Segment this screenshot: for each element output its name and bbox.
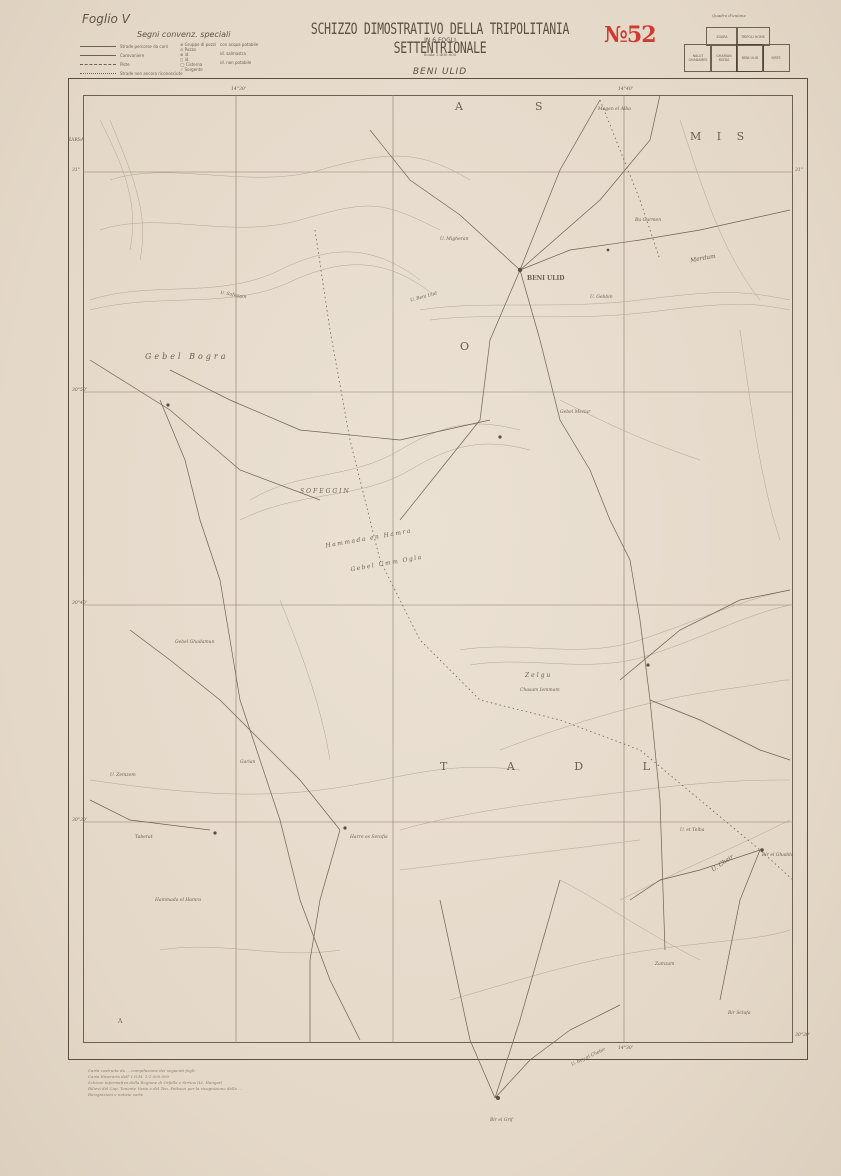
coord-bottom: 14°30' (618, 1046, 633, 1051)
coord-left-1: 31° (72, 168, 80, 173)
label-beni-ulid: BENI ULID (527, 275, 565, 282)
label-region-a: A (455, 100, 469, 113)
label-region-s: S (535, 100, 549, 113)
coord-right-1: 31° (795, 168, 803, 173)
label-gebel-msciar: Gebel Msciar (560, 410, 590, 415)
label-region-o: O (460, 340, 475, 353)
coord-left-3: 30°40' (72, 601, 87, 606)
label-magen-el-alba: Magen el Alba (598, 107, 631, 112)
label-ued-et-telba: U. et Telba (680, 828, 704, 833)
label-bir-sclufa: Bir Sclufa (728, 1011, 751, 1016)
label-region-corner: A (118, 1018, 122, 1025)
label-ued-gebbin: U. Gebbin (590, 295, 613, 300)
label-taberat: Taberat (135, 835, 153, 840)
routes (90, 95, 790, 1098)
label-ued-migheran: U. Migheran (440, 237, 468, 242)
coord-left-2: 30°50' (72, 388, 87, 393)
coord-left-4: 30°30' (72, 818, 87, 823)
label-gebel-ghadamun: Gebel Ghadamun (175, 640, 214, 645)
label-bu-gurmen: Bu Gurmen (635, 218, 661, 223)
settlement-markers (166, 249, 763, 1100)
terrain-contours (90, 120, 790, 1000)
label-mis-region: M I S (690, 130, 750, 143)
label-bir-el-ghadda: Bir el Ghadda (762, 853, 793, 858)
label-zarsa: ZARSA (68, 138, 84, 143)
label-sofeggin: SOFEGGIN (300, 488, 351, 495)
label-zelgu: Zelgu (525, 672, 552, 679)
label-gebel-bogra: Gebel Bogra (145, 352, 229, 361)
label-zamzam: Zamzam (655, 962, 674, 967)
label-tadl-region: T A D L (440, 760, 678, 773)
label-chasam-iemmam: Chasam Iemmam (520, 688, 560, 693)
label-harre-es-serafia: Harre es Serafia (350, 835, 388, 840)
label-hammada-el-hamra: Hammada el Hamra (155, 898, 201, 903)
source-notes: Carta costruita da ... compilazione dei … (88, 1068, 242, 1098)
coord-top-right: 14°40' (618, 87, 633, 92)
coord-right-2: 30°30' (795, 1033, 810, 1038)
label-bir-el-grif: Bir el Grif (490, 1118, 513, 1123)
label-ued-zemzem: U. Zemzem (110, 773, 136, 778)
map-drawing (0, 0, 841, 1176)
label-garian: Garian (240, 760, 255, 765)
coord-top-left: 14°30' (231, 87, 246, 92)
